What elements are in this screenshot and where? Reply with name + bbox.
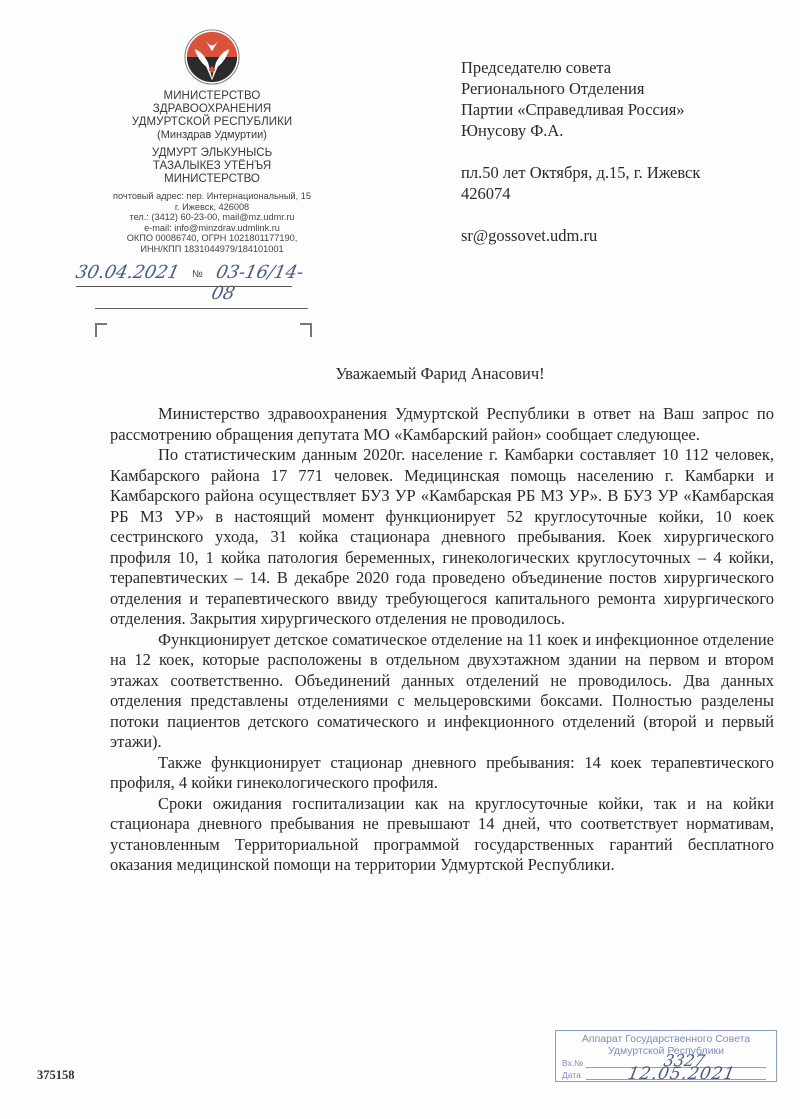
incoming-stamp: Аппарат Государственного Совета Удмуртск…	[555, 1030, 777, 1082]
recipient-line: Председателю совета	[461, 57, 781, 78]
contact-line: почтовый адрес: пер. Интернациональный, …	[62, 191, 362, 202]
stamp-date-row: Дата	[562, 1070, 581, 1080]
org-name-line: УДМУРТСКОЙ РЕСПУБЛИКИ	[62, 116, 362, 129]
recipient-line: Юнусову Ф.А.	[461, 120, 781, 141]
addressee-block: Председателю совета Регионального Отделе…	[461, 57, 781, 246]
recipient-address: пл.50 лет Октября, д.15, г. Ижевск 42607…	[461, 162, 781, 204]
org-short-name: (Минздрав Удмуртии)	[62, 129, 362, 142]
recipient-email: sr@gossovet.udm.ru	[461, 225, 781, 246]
body-paragraph: По статистическим данным 2020г. населени…	[110, 445, 774, 630]
recipient-line: Партии «Справедливая Россия»	[461, 99, 781, 120]
registration-underline	[76, 286, 292, 287]
org-udmurt-line: УДМУРТ ЭЛЬКУНЫСЬ	[62, 147, 362, 160]
contact-line: ИНН/КПП 1831044979/184101001	[62, 244, 362, 255]
body-paragraph: Сроки ожидания госпитализации как на кру…	[110, 794, 774, 876]
stamp-incoming-row: Вх.№	[562, 1058, 583, 1068]
recipient: Председателю совета Регионального Отделе…	[461, 57, 781, 141]
org-udmurt-line: МИНИСТЕРСТВО	[62, 173, 362, 186]
stamp-title-line: Аппарат Государственного Совета	[556, 1033, 776, 1045]
org-contacts: почтовый адрес: пер. Интернациональный, …	[62, 191, 362, 254]
contact-line: e-mail: info@minzdrav.udmlink.ru	[62, 223, 362, 234]
letter-page: МИНИСТЕРСТВО ЗДРАВООХРАНЕНИЯ УДМУРТСКОЙ …	[0, 0, 800, 1119]
org-name-line: МИНИСТЕРСТВО	[62, 90, 362, 103]
stamp-date-value: 12.05.2021	[626, 1064, 737, 1084]
body-paragraph: Министерство здравоохранения Удмуртской …	[110, 404, 774, 445]
stamp-incoming-label: Вх.№	[562, 1058, 583, 1068]
org-udmurt-name: УДМУРТ ЭЛЬКУНЫСЬ ТАЗАЛЫКЕЗ УТЁНЪЯ МИНИСТ…	[62, 147, 362, 186]
contact-line: тел.: (3412) 60-23-00, mail@mz.udmr.ru	[62, 212, 362, 223]
org-udmurt-line: ТАЗАЛЫКЕЗ УТЁНЪЯ	[62, 160, 362, 173]
letter-body: Министерство здравоохранения Удмуртской …	[110, 404, 774, 876]
corner-mark-left	[95, 323, 107, 337]
address-line: пл.50 лет Октября, д.15, г. Ижевск	[461, 162, 781, 183]
number-label: №	[192, 269, 203, 280]
address-line: 426074	[461, 183, 781, 204]
recipient-line: Регионального Отделения	[461, 78, 781, 99]
outgoing-number: 03-16/14-08	[210, 262, 321, 304]
contact-line: ОКПО 00086740, ОГРН 1021801177190,	[62, 233, 362, 244]
outgoing-date: 30.04.2021	[74, 262, 182, 283]
letterhead: МИНИСТЕРСТВО ЗДРАВООХРАНЕНИЯ УДМУРТСКОЙ …	[62, 28, 362, 254]
salutation: Уважаемый Фарид Анасович!	[100, 364, 780, 384]
document-id: 375158	[37, 1068, 75, 1083]
corner-mark-right	[300, 323, 312, 337]
org-name-line: ЗДРАВООХРАНЕНИЯ	[62, 103, 362, 116]
stamp-date-label: Дата	[562, 1070, 581, 1080]
body-paragraph: Также функционирует стационар дневного п…	[110, 753, 774, 794]
separator-line	[95, 308, 308, 309]
contact-line: г. Ижевск, 426008	[62, 202, 362, 213]
body-paragraph: Функционирует детское соматическое отдел…	[110, 630, 774, 753]
outgoing-registration: 30.04.2021 № 03-16/14-08	[76, 262, 316, 286]
udmurtia-emblem-icon	[183, 28, 241, 86]
